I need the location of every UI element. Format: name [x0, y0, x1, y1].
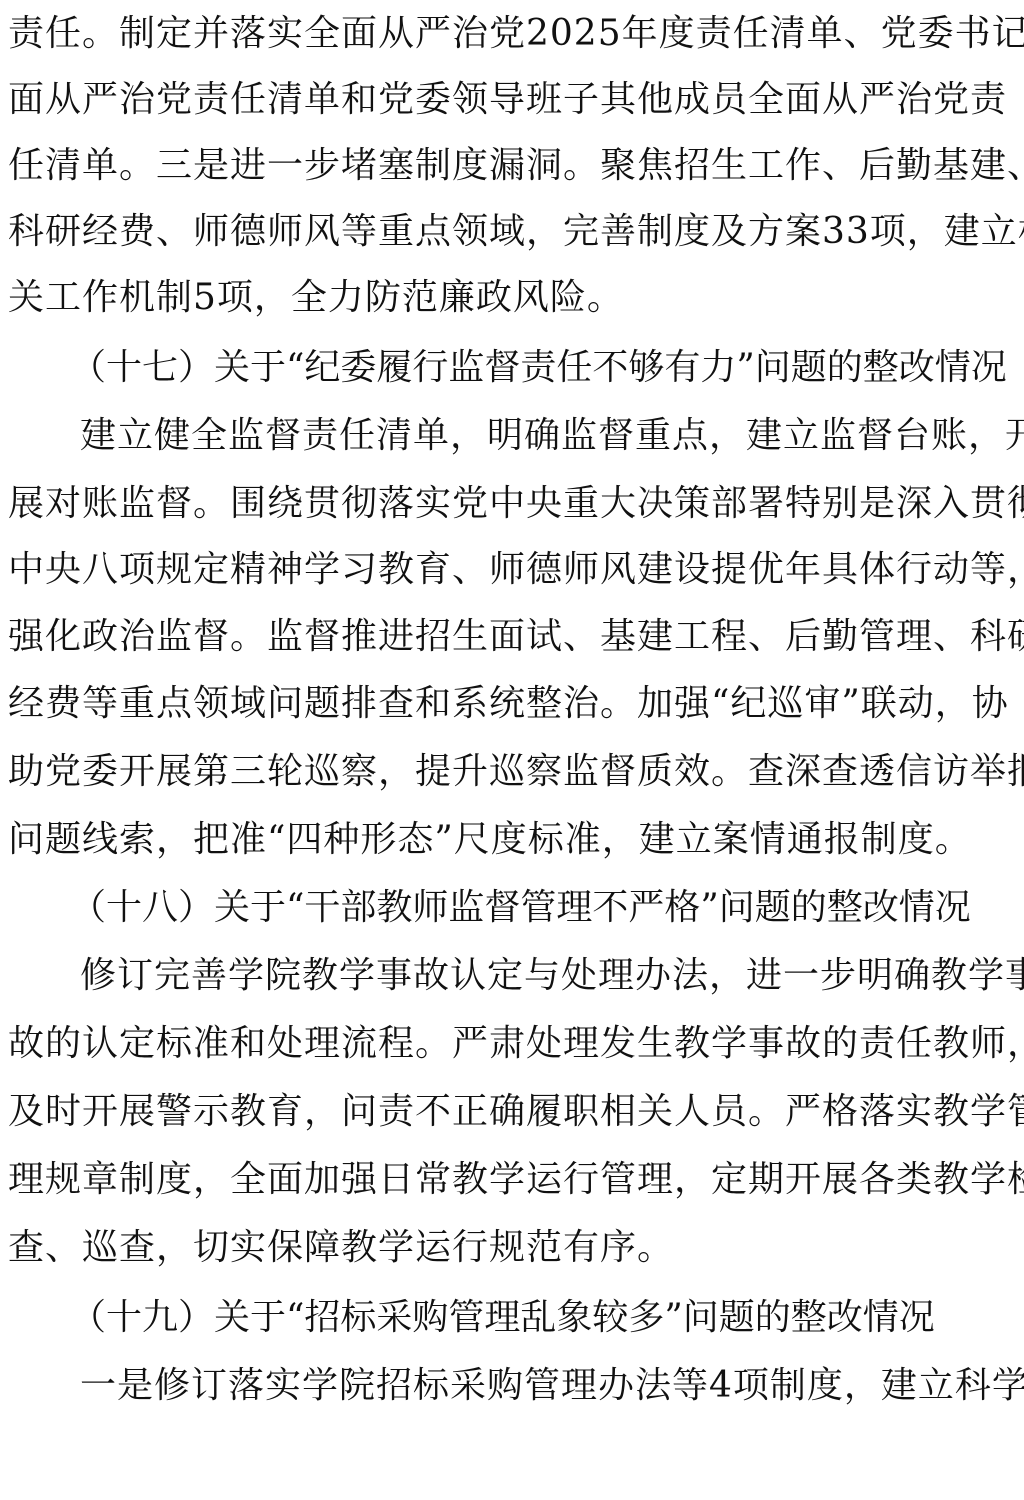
- paragraph-line: 故的认定标准和处理流程。严肃处理发生教学事故的责任教师，: [8, 1022, 1018, 1066]
- section-heading-18: （十八）关于“干部教师监督管理不严格”问题的整改情况: [70, 886, 1020, 930]
- paragraph-line: 中央八项规定精神学习教育、师德师风建设提优年具体行动等，: [8, 548, 1018, 592]
- paragraph-first-line: 修订完善学院教学事故认定与处理办法，进一步明确教学事: [80, 954, 1020, 998]
- section-heading-19: （十九）关于“招标采购管理乱象较多”问题的整改情况: [70, 1296, 1020, 1340]
- paragraph-line: 责任。制定并落实全面从严治党2025年度责任清单、党委书记全: [8, 12, 1018, 56]
- paragraph-line: 经费等重点领域问题排查和系统整治。加强“纪巡审”联动，协: [8, 682, 1018, 726]
- section-heading-17: （十七）关于“纪委履行监督责任不够有力”问题的整改情况: [70, 346, 1020, 390]
- paragraph-line: 任清单。三是进一步堵塞制度漏洞。聚焦招生工作、后勤基建、: [8, 144, 1018, 188]
- paragraph-line: 查、巡查，切实保障教学运行规范有序。: [8, 1226, 1018, 1270]
- paragraph-line: 关工作机制5项，全力防范廉政风险。: [8, 276, 1018, 320]
- paragraph-line: 问题线索，把准“四种形态”尺度标准，建立案情通报制度。: [8, 818, 1018, 862]
- paragraph-line: 助党委开展第三轮巡察，提升巡察监督质效。查深查透信访举报、: [8, 750, 1018, 794]
- paragraph-line: 强化政治监督。监督推进招生面试、基建工程、后勤管理、科研: [8, 615, 1018, 659]
- paragraph-line: 科研经费、师德师风等重点领域，完善制度及方案33项，建立相: [8, 210, 1018, 254]
- paragraph-line: 面从严治党责任清单和党委领导班子其他成员全面从严治党责: [8, 78, 1018, 122]
- document-page: 责任。制定并落实全面从严治党2025年度责任清单、党委书记全 面从严治党责任清单…: [0, 0, 1024, 1500]
- paragraph-first-line: 建立健全监督责任清单，明确监督重点，建立监督台账，开: [80, 414, 1020, 458]
- paragraph-line: 理规章制度，全面加强日常教学运行管理，定期开展各类教学检: [8, 1158, 1018, 1202]
- paragraph-line: 展对账监督。围绕贯彻落实党中央重大决策部署特别是深入贯彻: [8, 482, 1018, 526]
- paragraph-first-line: 一是修订落实学院招标采购管理办法等4项制度，建立科学: [80, 1364, 1020, 1408]
- paragraph-line: 及时开展警示教育，问责不正确履职相关人员。严格落实教学管: [8, 1090, 1018, 1134]
